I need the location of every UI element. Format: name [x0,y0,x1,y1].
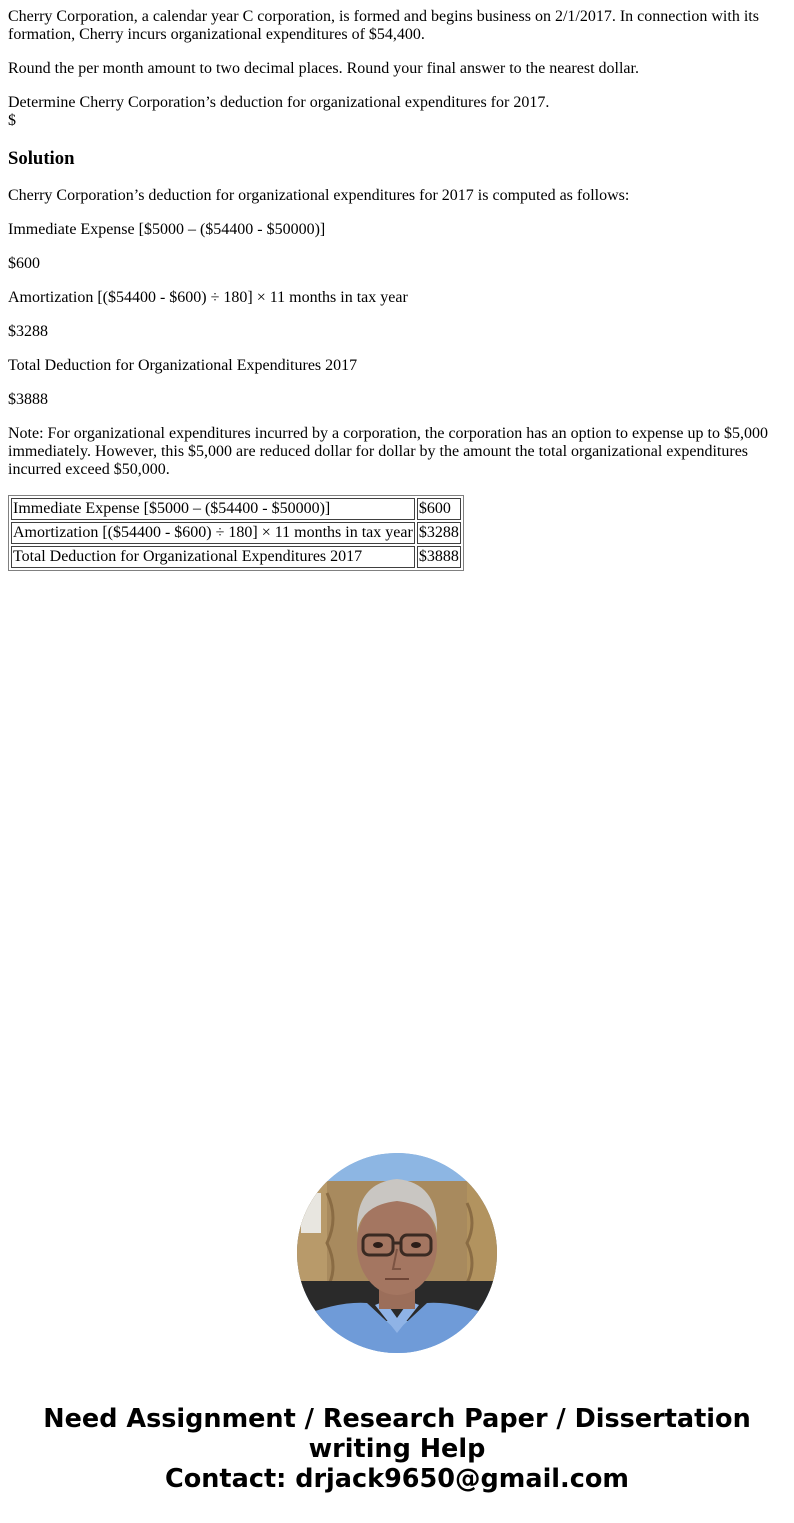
table-cell-value: $600 [417,498,461,520]
table-row: Total Deduction for Organizational Expen… [11,546,461,568]
promo-line-2: writing Help [0,1434,794,1464]
solution-line-value: $600 [8,255,786,273]
promo-line-1: Need Assignment / Research Paper / Disse… [0,1404,794,1434]
table-cell-label: Amortization [($54400 - $600) ÷ 180] × 1… [11,522,415,544]
solution-line-label: Total Deduction for Organizational Expen… [8,357,786,375]
answer-dollar-sign: $ [8,112,786,130]
rounding-instructions: Round the per month amount to two decima… [8,60,786,78]
promo-contact-email: Contact: drjack9650@gmail.com [0,1464,794,1494]
table-row: Amortization [($54400 - $600) ÷ 180] × 1… [11,522,461,544]
solution-note: Note: For organizational expenditures in… [8,425,786,479]
solution-intro: Cherry Corporation’s deduction for organ… [8,187,786,205]
question-paragraph: Cherry Corporation, a calendar year C co… [8,8,786,44]
promo-banner: Need Assignment / Research Paper / Disse… [0,1404,794,1494]
document-content: Cherry Corporation, a calendar year C co… [8,8,786,571]
solution-heading: Solution [8,148,786,170]
question-prompt: Determine Cherry Corporation’s deduction… [8,94,786,130]
table-row: Immediate Expense [$5000 – ($54400 - $50… [11,498,461,520]
table-cell-label: Immediate Expense [$5000 – ($54400 - $50… [11,498,415,520]
question-prompt-text: Determine Cherry Corporation’s deduction… [8,94,786,112]
solution-line-label: Amortization [($54400 - $600) ÷ 180] × 1… [8,289,786,307]
solution-table: Immediate Expense [$5000 – ($54400 - $50… [8,495,464,571]
solution-line-value: $3288 [8,323,786,341]
table-cell-label: Total Deduction for Organizational Expen… [11,546,415,568]
person-photo-icon [297,1153,497,1353]
table-cell-value: $3288 [417,522,461,544]
table-cell-value: $3888 [417,546,461,568]
avatar [297,1153,497,1353]
solution-line-label: Immediate Expense [$5000 – ($54400 - $50… [8,221,786,239]
solution-line-value: $3888 [8,391,786,409]
